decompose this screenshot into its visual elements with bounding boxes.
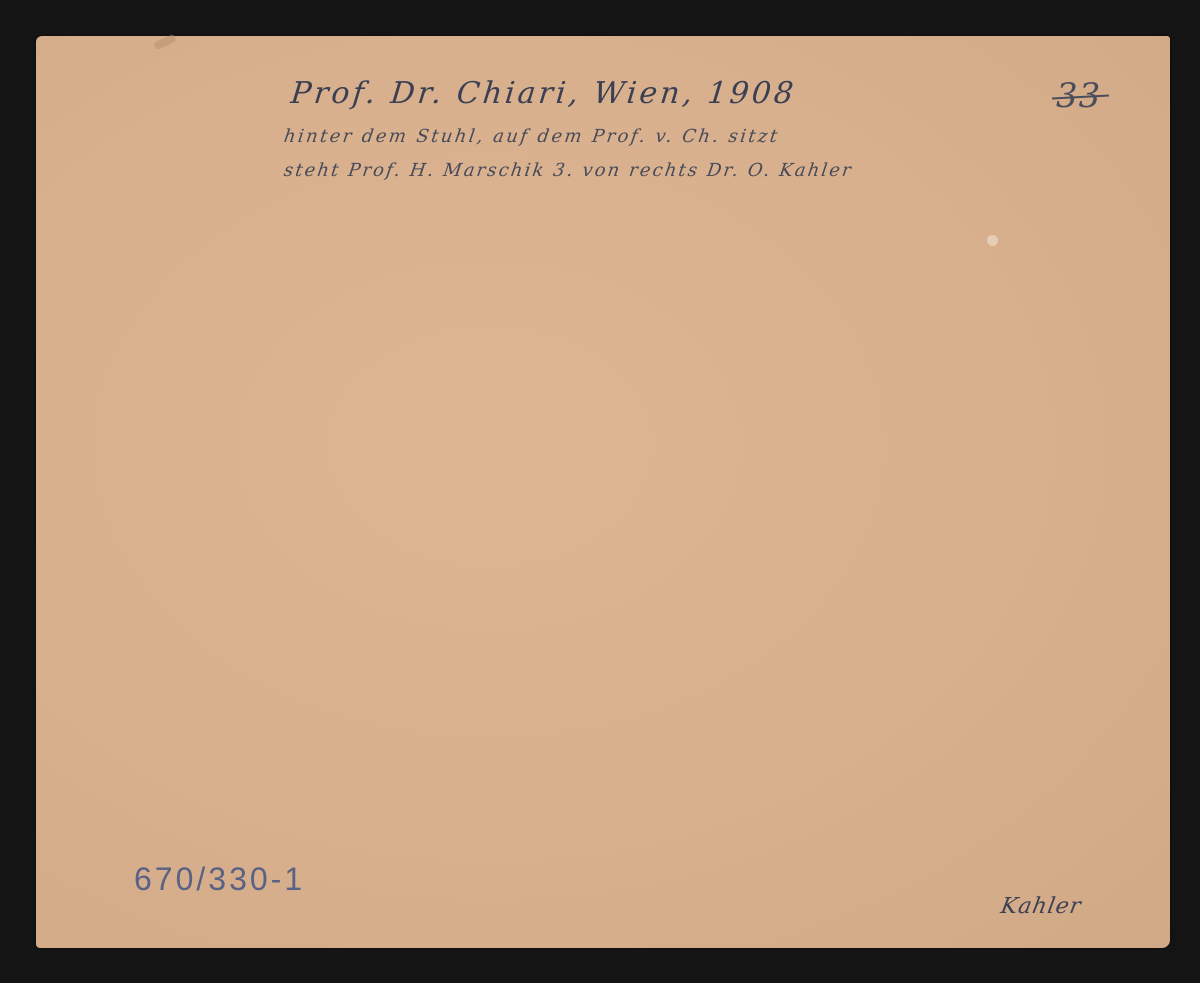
signature: Kahler xyxy=(999,894,1084,919)
archive-number: 670/330-1 xyxy=(134,861,305,898)
inscription-line-3: steht Prof. H. Marschik 3. von rechts Dr… xyxy=(283,160,855,181)
ink-smudge xyxy=(153,34,176,51)
photo-card-back: Prof. Dr. Chiari, Wien, 1908 hinter dem … xyxy=(36,36,1170,948)
catalog-number-struck: 33 xyxy=(1056,76,1101,116)
inscription-line-2: hinter dem Stuhl, auf dem Prof. v. Ch. s… xyxy=(283,126,782,147)
paper-spot xyxy=(987,235,998,246)
inscription-heading: Prof. Dr. Chiari, Wien, 1908 xyxy=(289,76,798,111)
